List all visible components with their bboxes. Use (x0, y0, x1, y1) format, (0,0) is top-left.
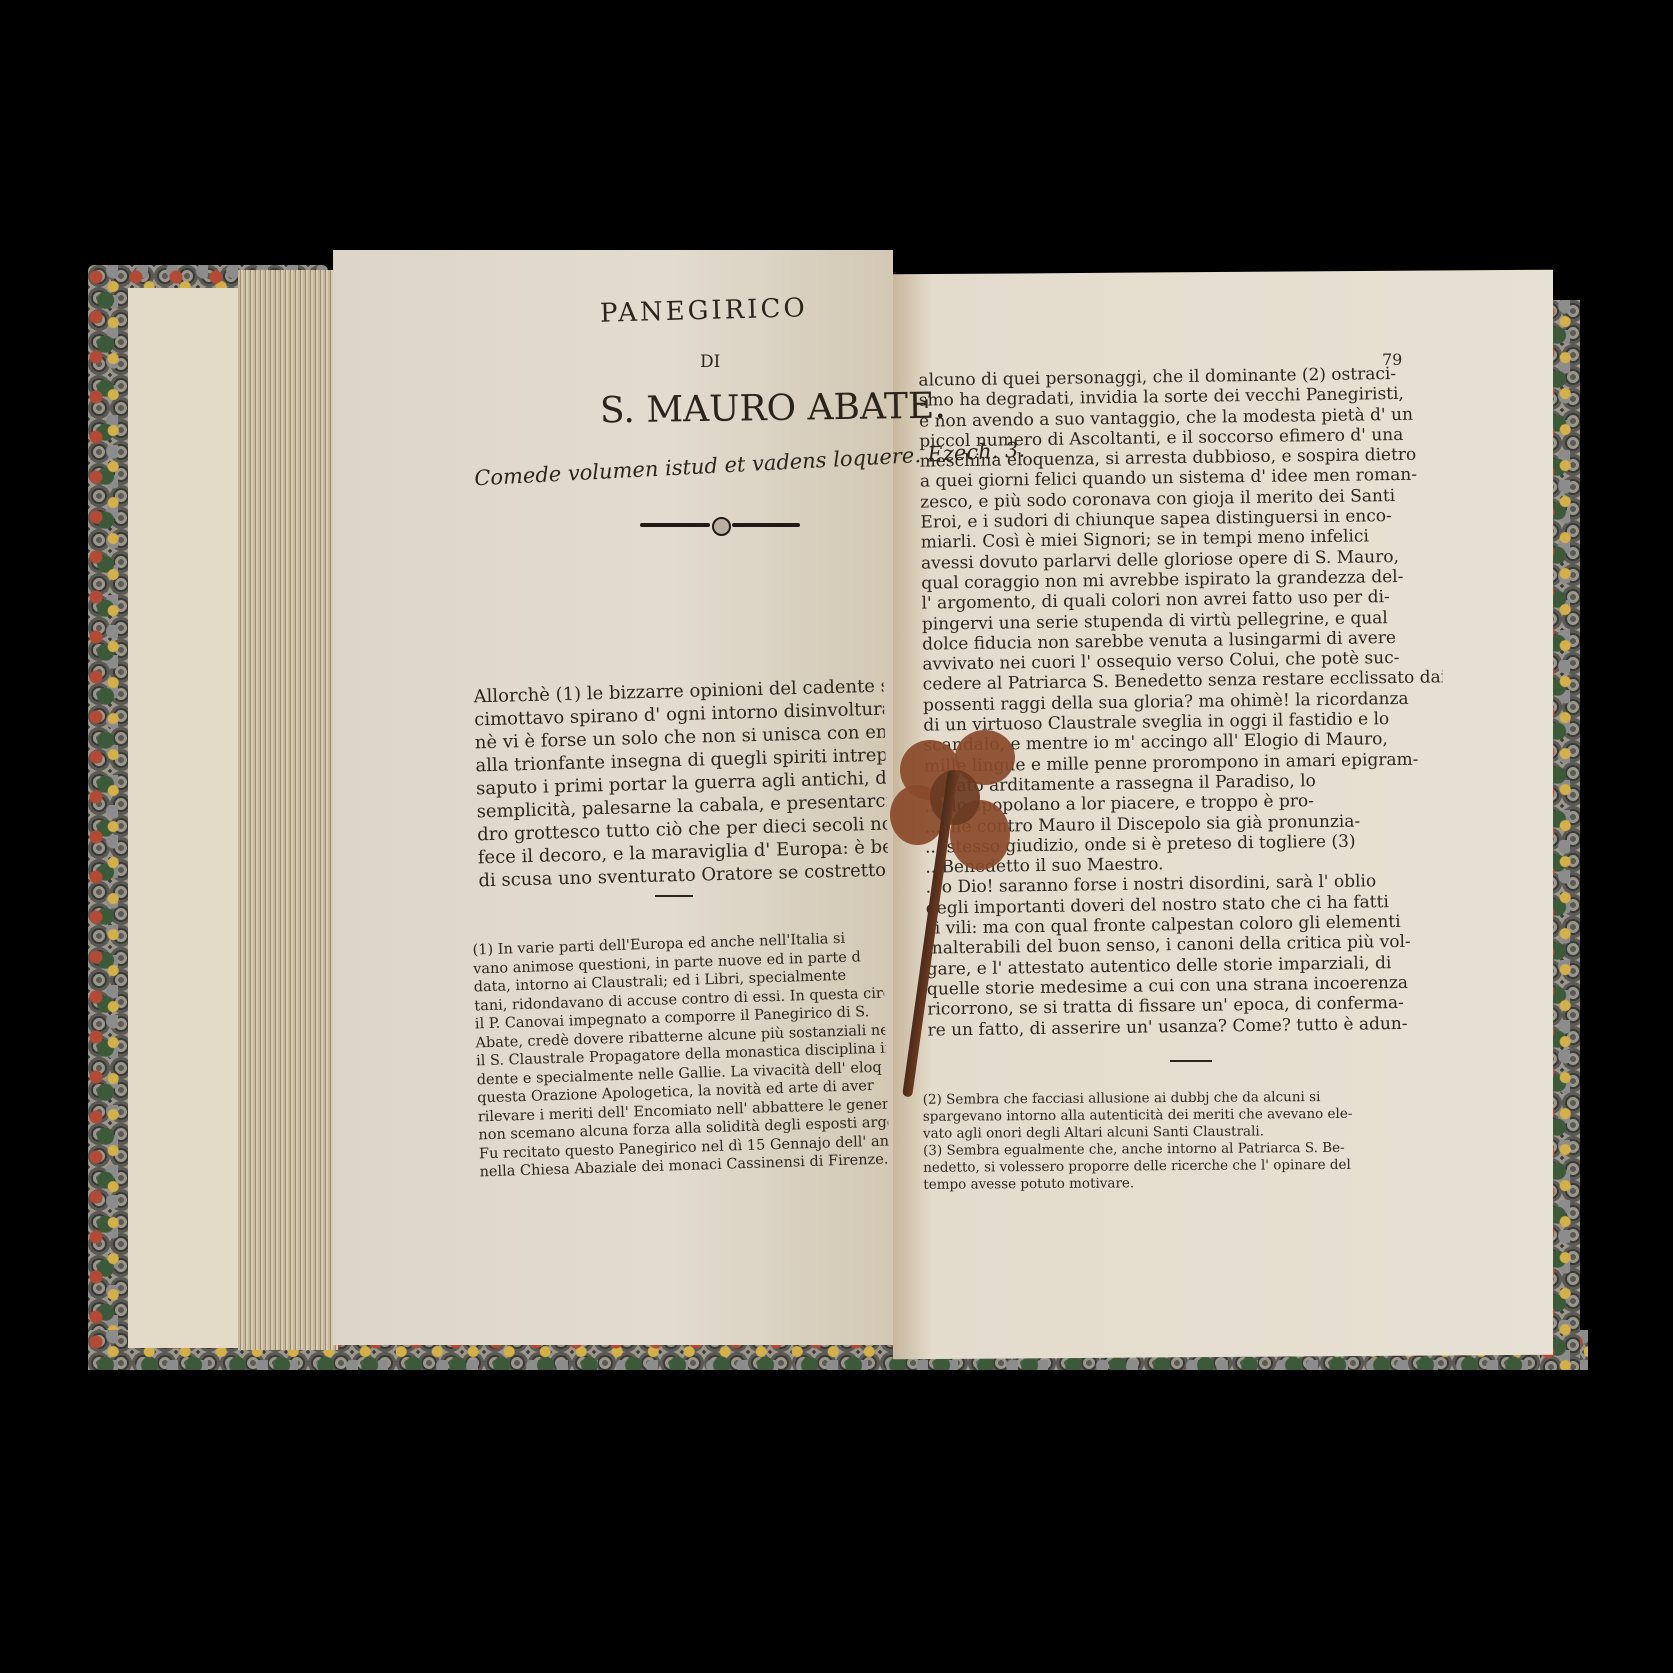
typographic-ornament (640, 516, 800, 534)
ornament-right-bar (732, 523, 800, 527)
pressed-flower (900, 740, 1020, 880)
footnote-separator-left (655, 895, 693, 897)
right-page-footnotes: (2) Sembra che facciasi allusione ai dub… (923, 1088, 1444, 1194)
footnote-separator-right (1170, 1060, 1212, 1062)
left-page-footnotes: (1) In varie parti dell'Europa ed anche … (472, 929, 889, 1182)
footnote-line: tempo avesse potuto motivare. (923, 1173, 1443, 1194)
title-di: DI (700, 352, 720, 372)
left-page-body: Allorchè (1) le bizzarre opinioni del ca… (473, 675, 888, 893)
right-page-body: alcuno di quei personaggi, che il domina… (918, 363, 1447, 1040)
endpaper (128, 288, 244, 1348)
ornament-center-dot (712, 517, 731, 536)
title-s-mauro-abate: S. MAURO ABATE. (600, 386, 946, 432)
title-panegirico: PANEGIRICO (600, 293, 808, 328)
ornament-left-bar (640, 523, 710, 527)
page-edges-stack (238, 270, 338, 1350)
